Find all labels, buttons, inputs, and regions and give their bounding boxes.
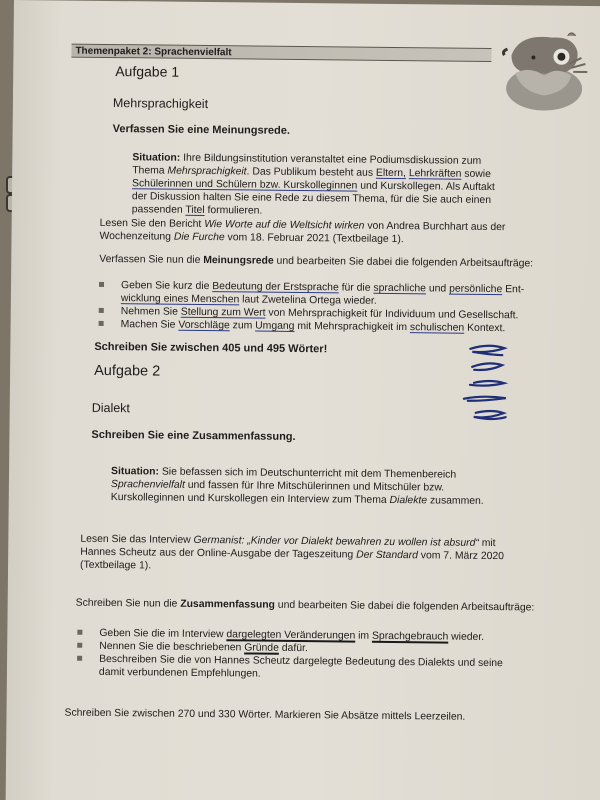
aufgabe-1-instruction: Verfassen Sie nun die Meinungsrede und b… — [99, 253, 549, 271]
aufgabe-2-heading: Aufgabe 2 — [94, 363, 160, 380]
aufgabe-2-situation: Situation: Sie befassen sich im Deutschu… — [111, 465, 511, 508]
section-header-bar: Themenpaket 2: Sprachenvielfalt — [71, 44, 491, 62]
pen-scribble-icon — [462, 343, 515, 424]
section-title: Themenpaket 2: Sprachenvielfalt — [75, 46, 231, 59]
list-item: Beschreiben Sie die von Hannes Scheutz d… — [73, 653, 513, 684]
aufgabe-2-bullets: Geben Sie die im Interview dargelegten V… — [73, 627, 514, 684]
worksheet-page: Themenpaket 2: Sprachenvielfalt Aufgabe … — [6, 0, 600, 800]
aufgabe-1-reading: Lesen Sie den Bericht Wie Worte auf die … — [99, 217, 539, 248]
aufgabe-2-reading: Lesen Sie das Interview Germanist: „Kind… — [80, 533, 520, 577]
aufgabe-2-word-count: Schreiben Sie zwischen 270 und 330 Wörte… — [64, 707, 564, 725]
aufgabe-1-situation: Situation: Ihre Bildungsinstitution vera… — [132, 151, 513, 220]
aufgabe-1-topic: Mehrsprachigkeit — [113, 96, 208, 111]
aufgabe-1-bullets: Geben Sie kurz die Bedeutung der Erstspr… — [95, 279, 536, 336]
aufgabe-2-instruction: Schreiben Sie nun die Zusammenfassung un… — [76, 597, 566, 615]
aufgabe-2-topic: Dialekt — [92, 401, 130, 415]
aufgabe-1-task: Verfassen Sie eine Meinungsrede. — [113, 123, 290, 137]
aufgabe-2-task: Schreiben Sie eine Zusammenfassung. — [91, 429, 295, 443]
bear-illustration-icon — [489, 13, 600, 114]
aufgabe-1-heading: Aufgabe 1 — [115, 63, 179, 80]
aufgabe-1-word-count: Schreiben Sie zwischen 405 und 495 Wörte… — [94, 341, 327, 355]
